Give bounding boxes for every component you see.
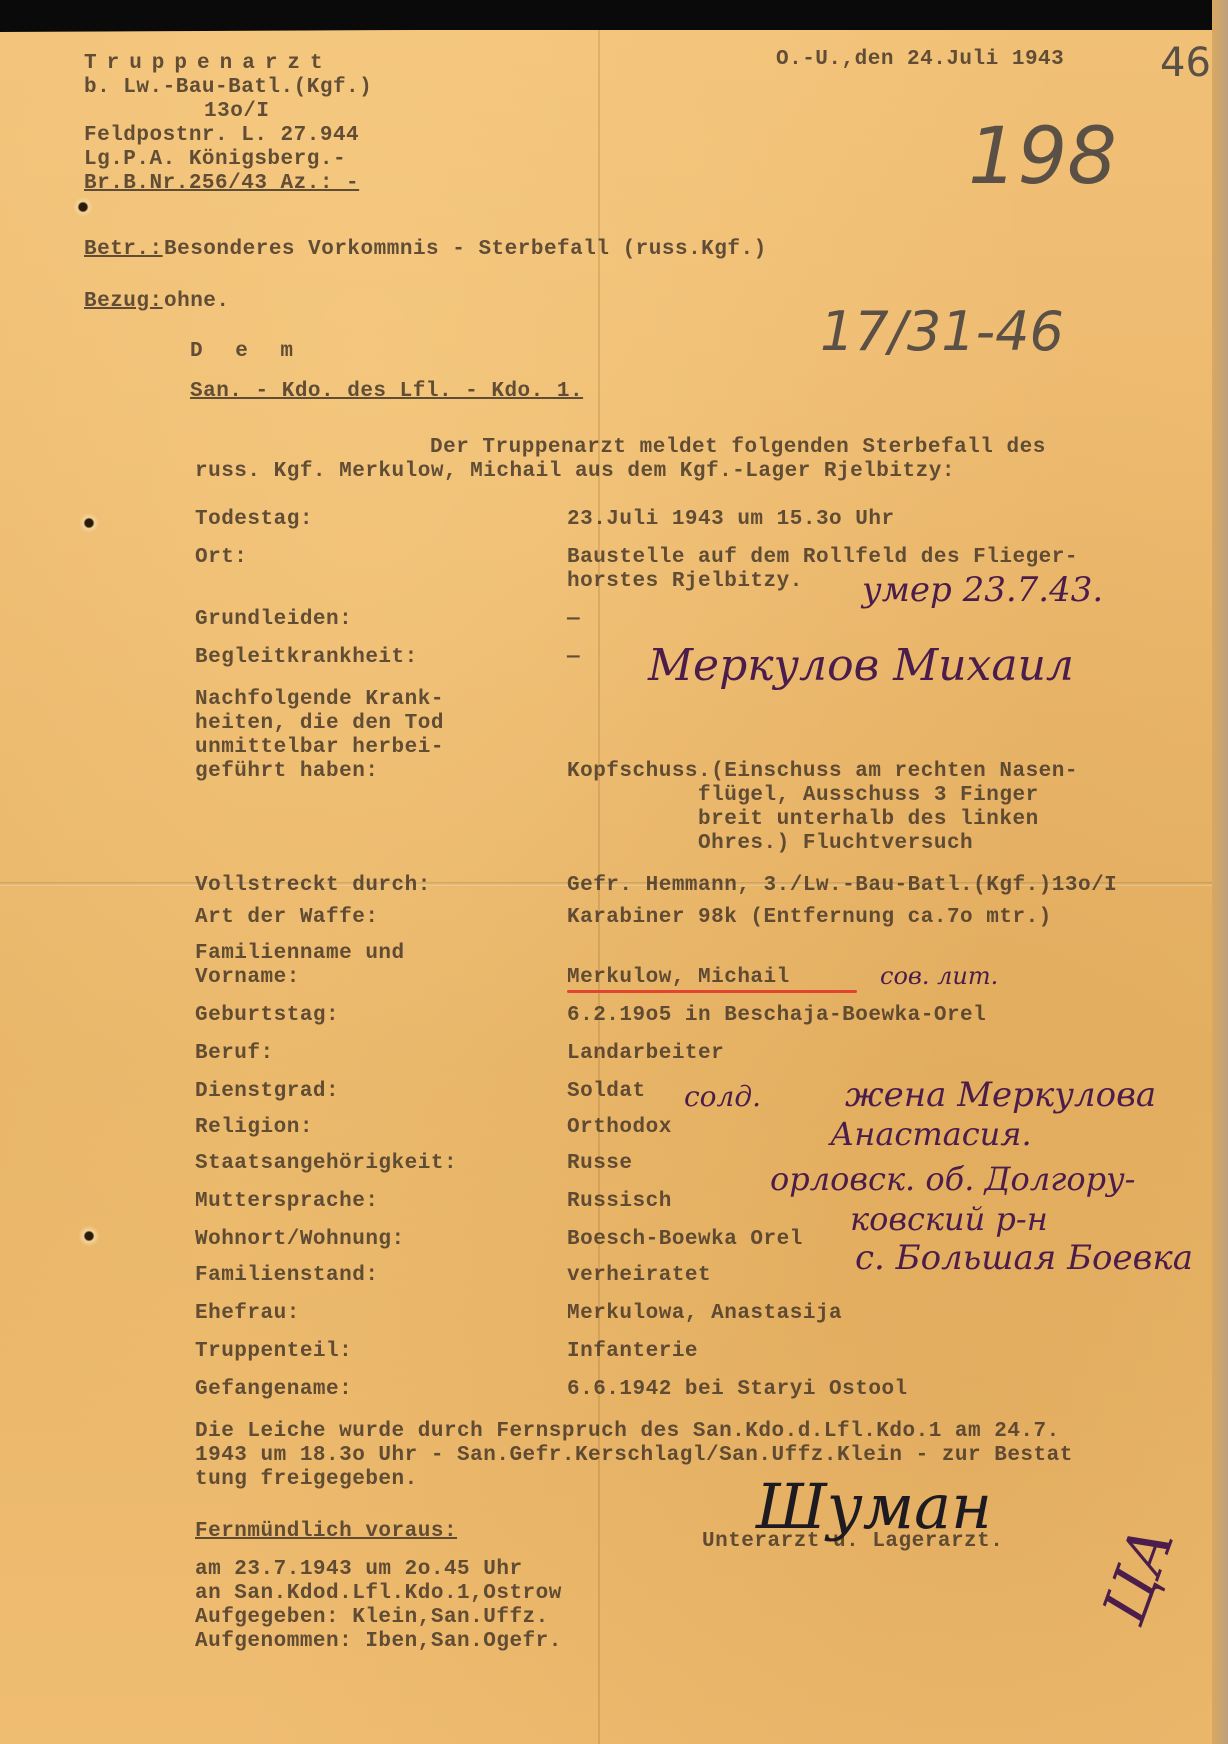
punch-hole (72, 196, 94, 218)
sender-line: b. Lw.-Bau-Batl.(Kgf.) (84, 76, 372, 100)
phone-notice-line: am 23.7.1943 um 2o.45 Uhr (195, 1558, 523, 1582)
field-label: Muttersprache: (195, 1190, 378, 1214)
field-label: Art der Waffe: (195, 906, 378, 930)
handwritten-name-cyrillic: Меркулов Михаил (648, 640, 1074, 691)
sender-line: Lg.P.A. Königsberg.- (84, 148, 346, 172)
betr-label: Betr.: (84, 238, 163, 262)
field-label: Todestag: (195, 508, 313, 532)
handwritten-signature: Шуман (756, 1470, 992, 1543)
handwritten-number: 198 (968, 112, 1117, 202)
sender-line: Feldpostnr. L. 27.944 (84, 124, 359, 148)
reference-number: Br.B.Nr.256/43 Az.: - (84, 172, 359, 196)
handwritten-relative-note: ковский р-н (850, 1200, 1048, 1238)
field-value: Russe (567, 1152, 633, 1176)
handwritten-relative-note: Анастасия. (830, 1115, 1032, 1153)
closing-line: Die Leiche wurde durch Fernspruch des Sa… (195, 1420, 1060, 1444)
field-label: Staatsangehörigkeit: (195, 1152, 457, 1176)
field-label: Vollstreckt durch: (195, 874, 431, 898)
field-value: 6.6.1942 bei Staryi Ostool (567, 1378, 908, 1402)
field-label: geführt haben: (195, 760, 378, 784)
phone-notice-heading: Fernmündlich voraus: (195, 1520, 457, 1544)
bezug-label: Bezug: (84, 290, 163, 314)
field-value: Kopfschuss.(Einschuss am rechten Nasen- (567, 760, 1078, 784)
field-value: Infanterie (567, 1340, 698, 1364)
field-value: Gefr. Hemmann, 3./Lw.-Bau-Batl.(Kgf.)13o… (567, 874, 1117, 898)
field-value: Landarbeiter (567, 1042, 724, 1066)
field-label: unmittelbar herbei- (195, 736, 444, 760)
handwritten-reference: 17/31-46 (820, 300, 1064, 363)
field-value: 23.Juli 1943 um 15.3o Uhr (567, 508, 895, 532)
field-value: Soldat (567, 1080, 646, 1104)
field-value: Merkulow, Michail (567, 966, 790, 990)
field-label: Nachfolgende Krank- (195, 688, 444, 712)
place-date: O.-U.,den 24.Juli 1943 (776, 48, 1064, 72)
field-label: Grundleiden: (195, 608, 352, 632)
punch-hole (78, 512, 100, 534)
field-label: Begleitkrankheit: (195, 646, 418, 670)
sender-line: 13o/I (204, 100, 270, 124)
field-label: Familienname und (195, 942, 405, 966)
field-label: Religion: (195, 1116, 313, 1140)
field-label: Familienstand: (195, 1264, 378, 1288)
field-value: Russisch (567, 1190, 672, 1214)
page-edge (1212, 0, 1228, 1744)
field-label: Wohnort/Wohnung: (195, 1228, 405, 1252)
handwritten-death-note: умер 23.7.43. (862, 570, 1103, 610)
bezug-text: ohne. (164, 290, 230, 314)
field-value: Ohres.) Fluchtversuch (567, 832, 973, 856)
field-value: breit unterhalb des linken (567, 808, 1039, 832)
field-value: Baustelle auf dem Rollfeld des Flieger- (567, 546, 1078, 570)
phone-notice-line: Aufgenommen: Iben,San.Ogefr. (195, 1630, 562, 1654)
field-value: horstes Rjelbitzy. (567, 570, 803, 594)
field-label: Gefangename: (195, 1378, 352, 1402)
field-label: Geburtstag: (195, 1004, 339, 1028)
sender-title: Truppenarzt (84, 52, 333, 76)
closing-line: 1943 um 18.3o Uhr - San.Gefr.Kerschlagl/… (195, 1444, 1073, 1468)
phone-notice-line: an San.Kdod.Lfl.Kdo.1,Ostrow (195, 1582, 562, 1606)
field-value: Merkulowa, Anastasija (567, 1302, 842, 1326)
phone-notice-line: Aufgegeben: Klein,San.Uffz. (195, 1606, 549, 1630)
intro-line: russ. Kgf. Merkulow, Michail aus dem Kgf… (195, 460, 955, 484)
handwritten-relative-note: орловск. об. Долгору- (770, 1160, 1135, 1198)
intro-line: Der Truppenarzt meldet folgenden Sterbef… (430, 436, 1046, 460)
field-value: verheiratet (567, 1264, 711, 1288)
handwritten-relative-note: жена Меркулова (845, 1075, 1156, 1115)
red-underline (567, 990, 857, 993)
punch-hole (78, 1225, 100, 1247)
handwritten-relative-note: с. Большая Боевка (855, 1238, 1193, 1278)
archive-page-number: 46 (1160, 40, 1211, 86)
field-label: Ehefrau: (195, 1302, 300, 1326)
field-label: Beruf: (195, 1042, 274, 1066)
closing-line: tung freigegeben. (195, 1468, 418, 1492)
field-label: Ort: (195, 546, 247, 570)
field-value: — (567, 608, 580, 632)
handwritten-rank-abbrev: солд. (684, 1080, 761, 1113)
field-label: Truppenteil: (195, 1340, 352, 1364)
field-value: Orthodox (567, 1116, 672, 1140)
betr-text: Besonderes Vorkommnis - Sterbefall (russ… (164, 238, 767, 262)
field-value: — (567, 646, 580, 670)
handwritten-name-abbrev: сов. лит. (880, 962, 998, 990)
field-label: Vorname: (195, 966, 300, 990)
field-label: heiten, die den Tod (195, 712, 444, 736)
field-value: flügel, Ausschuss 3 Finger (567, 784, 1039, 808)
field-value: Boesch-Boewka Orel (567, 1228, 803, 1252)
field-label: Dienstgrad: (195, 1080, 339, 1104)
addressee-dem: D e m (190, 340, 303, 364)
addressee-recipient: San. - Kdo. des Lfl. - Kdo. 1. (190, 380, 583, 404)
field-value: Karabiner 98k (Entfernung ca.7o mtr.) (567, 906, 1052, 930)
field-value: 6.2.19o5 in Beschaja-Boewka-Orel (567, 1004, 986, 1028)
